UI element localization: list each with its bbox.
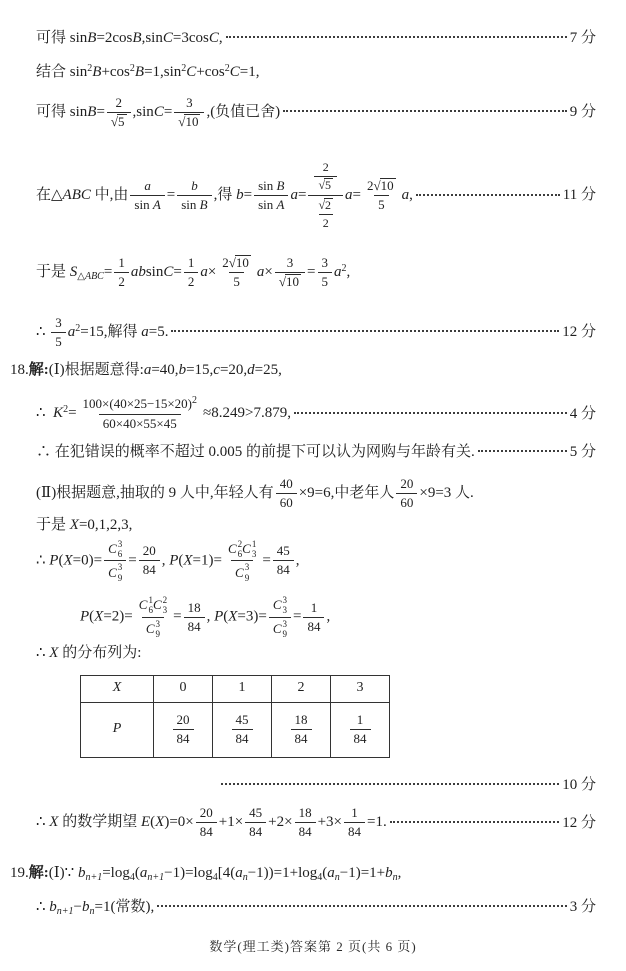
combination-symbol: C26 bbox=[228, 539, 242, 560]
fraction: √22 bbox=[314, 197, 337, 232]
fraction: 4584 bbox=[273, 542, 294, 580]
table-row: X0123 bbox=[81, 675, 390, 702]
page-footer: 数学(理工类)答案第 2 页(共 6 页) bbox=[0, 936, 626, 955]
fraction: 2084 bbox=[173, 711, 194, 749]
table-row: P208445841884184 bbox=[81, 702, 390, 757]
combination-symbol: C39 bbox=[235, 562, 249, 583]
dotted-leader bbox=[157, 903, 567, 907]
fraction: 4584 bbox=[232, 711, 253, 749]
fraction: 2060 bbox=[396, 475, 417, 513]
fraction: 35 bbox=[51, 314, 66, 352]
fraction: C33C39 bbox=[269, 594, 291, 640]
fraction: C16C23C39 bbox=[135, 594, 171, 640]
dotted-leader bbox=[416, 192, 560, 196]
score-label: 9 分 bbox=[570, 102, 596, 122]
combination-symbol: C39 bbox=[273, 619, 287, 640]
table-cell: 1884 bbox=[272, 702, 331, 757]
dotted-leader bbox=[171, 328, 559, 332]
fraction: 4060 bbox=[276, 475, 297, 513]
fraction: C36C39 bbox=[104, 538, 126, 584]
score-label: 4 分 bbox=[570, 404, 596, 424]
line-q18-p0-p1: ∴ P(X=0)=C36C39=2084, P(X=1)=C26C13C39=4… bbox=[36, 538, 596, 584]
fraction: 2√5 bbox=[314, 159, 337, 194]
table-cell: 2084 bbox=[154, 702, 213, 757]
line-q19-start: 19.解:(Ⅰ)∵ bn+1=log4(an+1−1)=log4[4(an−1)… bbox=[10, 863, 596, 883]
dotted-leader bbox=[221, 781, 559, 785]
score-label: 3 分 bbox=[570, 897, 596, 917]
line-q18-x-values: 于是 X=0,1,2,3, bbox=[36, 515, 596, 535]
line-q18-expectation: ∴ X 的数学期望 E(X)=0×2084+1×4584+2×1884+3×18… bbox=[36, 804, 596, 842]
table-row-label: P bbox=[81, 702, 154, 757]
fraction: 4584 bbox=[245, 804, 266, 842]
dotted-leader bbox=[226, 34, 567, 38]
line-q17-sine-rule: 在△ABC 中,由asin A=bsin B,得 b=sin Bsin Aa=2… bbox=[36, 158, 596, 233]
dotted-leader bbox=[294, 410, 567, 414]
line-q18-k2: ∴ K2=100×(40×25−15×20)260×40×55×45≈8.249… bbox=[36, 395, 596, 433]
table-cell: 184 bbox=[331, 702, 390, 757]
line-q17-sin-values: 可得 sinB=2√5,sinC=3√10,(负值已舍)9 分 bbox=[36, 94, 596, 132]
line-q18-conclusion: ∴ 在犯错误的概率不超过 0.005 的前提下可以认为网购与年龄有关.5 分 bbox=[36, 442, 596, 462]
distribution-table: X0123P208445841884184 bbox=[80, 675, 596, 758]
fraction: 184 bbox=[344, 804, 365, 842]
line-q17-solve-a: ∴ 35a2=15,解得 a=5.12 分 bbox=[36, 314, 596, 352]
score-label: 7 分 bbox=[570, 28, 596, 48]
fraction: 12 bbox=[184, 254, 199, 292]
line-q17-sinb-sinc: 可得 sinB=2cosB,sinC=3cosC,7 分 bbox=[36, 28, 596, 48]
combination-symbol: C39 bbox=[146, 619, 160, 640]
line-q18-dots-10: 10 分 bbox=[218, 775, 596, 795]
score-label: 10 分 bbox=[562, 775, 596, 795]
fraction: 35 bbox=[318, 254, 333, 292]
fraction: 3√10 bbox=[275, 254, 305, 292]
score-label: 12 分 bbox=[562, 813, 596, 833]
score-label: 12 分 bbox=[562, 322, 596, 342]
fraction: 3√10 bbox=[174, 94, 204, 132]
sqrt-radical: √5 bbox=[318, 178, 333, 192]
combination-symbol: C33 bbox=[273, 595, 287, 616]
dotted-leader bbox=[390, 819, 560, 823]
fraction: 2084 bbox=[196, 804, 217, 842]
table-row-label: X bbox=[81, 675, 154, 702]
fraction: 184 bbox=[350, 711, 371, 749]
fraction: 1884 bbox=[295, 804, 316, 842]
combination-symbol: C36 bbox=[108, 539, 122, 560]
line-q19-constant: ∴ bn+1−bn=1(常数),3 分 bbox=[36, 897, 596, 917]
fraction: 2√105 bbox=[218, 254, 255, 292]
table-cell: 4584 bbox=[213, 702, 272, 757]
score-label: 5 分 bbox=[570, 442, 596, 462]
table-cell: 3 bbox=[331, 675, 390, 702]
score-label: 11 分 bbox=[563, 185, 596, 205]
fraction: 12 bbox=[114, 254, 129, 292]
fraction: C26C13C39 bbox=[224, 538, 260, 584]
line-q18-p2-p3: P(X=2)=C16C23C39=1884, P(X=3)=C33C39=184… bbox=[80, 594, 596, 640]
sqrt-radical: √5 bbox=[111, 114, 127, 129]
table-cell: 1 bbox=[213, 675, 272, 702]
line-q17-area: 于是 S△ABC=12absinC=12a×2√105a×3√10=35a2, bbox=[36, 254, 596, 292]
combination-symbol: C39 bbox=[108, 562, 122, 583]
table-cell: 2 bbox=[272, 675, 331, 702]
sqrt-radical: √10 bbox=[229, 255, 251, 270]
fraction: sin Bsin A bbox=[254, 177, 288, 215]
fraction: bsin B bbox=[177, 177, 211, 215]
line-q18-part2: (Ⅱ)根据题意,抽取的 9 人中,年轻人有4060×9=6,中老年人2060×9… bbox=[36, 475, 596, 513]
table-cell: 0 bbox=[154, 675, 213, 702]
combination-symbol: C16 bbox=[139, 595, 153, 616]
combination-symbol: C23 bbox=[153, 595, 167, 616]
combination-symbol: C13 bbox=[242, 539, 256, 560]
line-q17-pythagorean: 结合 sin2B+cos2B=1,sin2C+cos2C=1, bbox=[36, 62, 596, 82]
fraction: 1884 bbox=[184, 599, 205, 637]
fraction: 100×(40×25−15×20)260×40×55×45 bbox=[79, 395, 201, 433]
fraction: 1884 bbox=[291, 711, 312, 749]
fraction: 2√105 bbox=[363, 177, 400, 215]
fraction: asin A bbox=[130, 177, 164, 215]
sqrt-radical: √10 bbox=[279, 274, 301, 289]
distribution-table: X0123P208445841884184 bbox=[80, 675, 390, 758]
answer-sheet-page: 可得 sinB=2cosB,sinC=3cosC,7 分结合 sin2B+cos… bbox=[0, 0, 626, 971]
fraction: 2√5√22 bbox=[308, 158, 343, 233]
fraction: 2084 bbox=[139, 542, 160, 580]
dotted-leader bbox=[283, 108, 567, 112]
sqrt-radical: √10 bbox=[178, 114, 200, 129]
solution-content: 可得 sinB=2cosB,sinC=3cosC,7 分结合 sin2B+cos… bbox=[36, 28, 596, 917]
line-q18-start: 18.解:(Ⅰ)根据题意得:a=40,b=15,c=20,d=25, bbox=[10, 360, 596, 380]
line-q18-dist-intro: ∴ X 的分布列为: bbox=[36, 643, 596, 663]
sqrt-radical: √2 bbox=[318, 198, 333, 212]
sqrt-radical: √10 bbox=[374, 178, 396, 193]
dotted-leader bbox=[478, 448, 567, 452]
fraction: 184 bbox=[303, 599, 324, 637]
fraction: 2√5 bbox=[107, 94, 131, 132]
